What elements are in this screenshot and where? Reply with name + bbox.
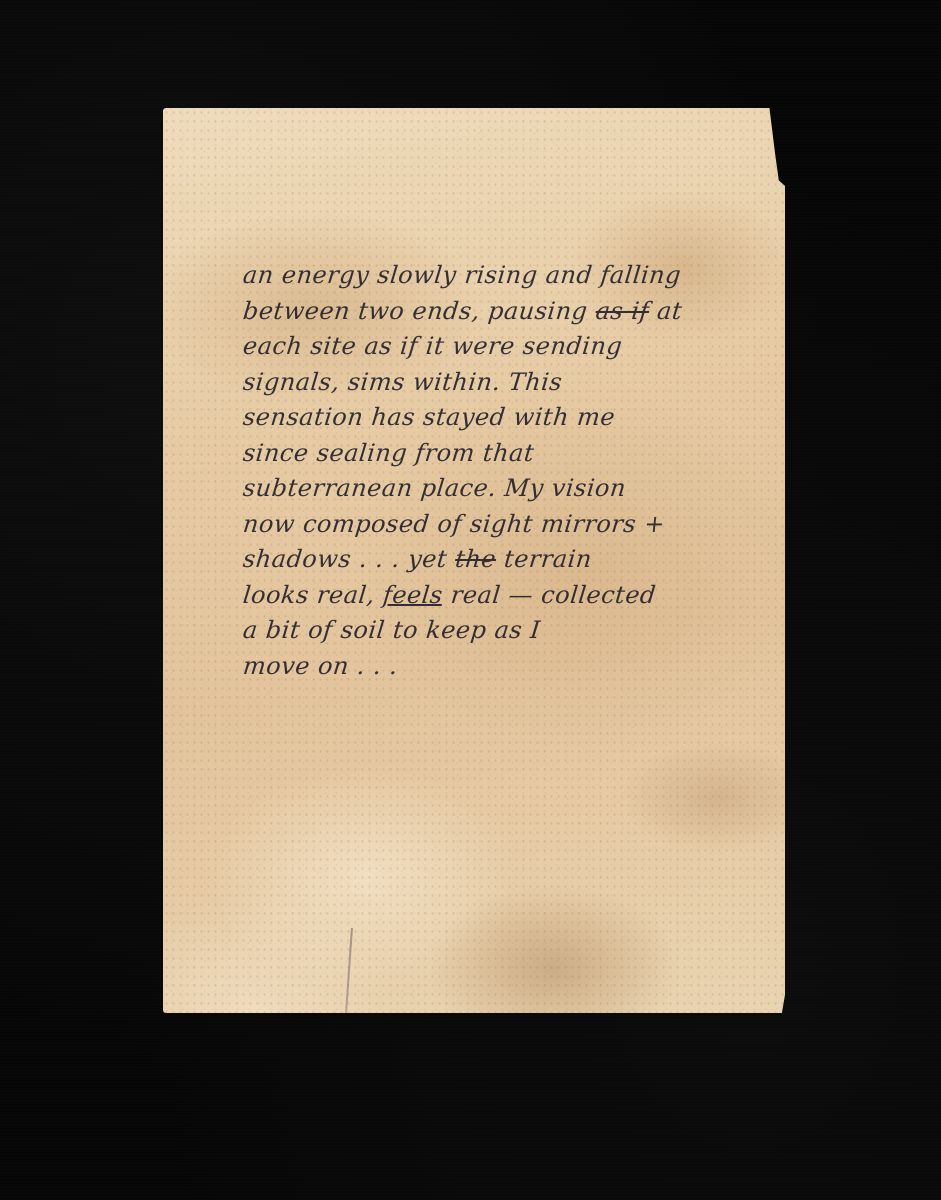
note-line-5: sensation has stayed with me <box>241 400 745 436</box>
struck-text: the <box>454 545 498 573</box>
note-line-8: now composed of sight mirrors + <box>241 507 745 543</box>
note-line-2: between two ends, pausing as if at <box>241 294 745 330</box>
note-line-1: an energy slowly rising and falling <box>241 258 745 294</box>
note-line-4: signals, sims within. This <box>241 365 745 401</box>
note-line-10: looks real, feels real — collected <box>241 578 745 614</box>
underlined-text: feels <box>382 581 445 609</box>
note-line-9-after: terrain <box>495 545 594 573</box>
note-line-7: subterranean place. My vision <box>241 471 745 507</box>
note-line-2-after: at <box>648 297 684 325</box>
note-line-6: since sealing from that <box>241 436 745 472</box>
note-line-11: a bit of soil to keep as I <box>241 613 745 649</box>
note-line-12: move on . . . <box>241 649 745 685</box>
paper-crease <box>345 928 353 1013</box>
note-line-3: each site as if it were sending <box>241 329 745 365</box>
note-line-9: shadows . . . yet the terrain <box>241 542 745 578</box>
note-line-9-text: shadows . . . yet <box>242 545 449 573</box>
note-line-10-text: looks real, <box>242 581 385 609</box>
note-line-2-text: between two ends, pausing <box>242 297 590 325</box>
handwritten-note: an energy slowly rising and falling betw… <box>243 258 743 684</box>
note-line-10-after: real — collected <box>441 581 657 609</box>
struck-text: as if <box>594 297 650 325</box>
paper-sheet: an energy slowly rising and falling betw… <box>163 108 785 1013</box>
